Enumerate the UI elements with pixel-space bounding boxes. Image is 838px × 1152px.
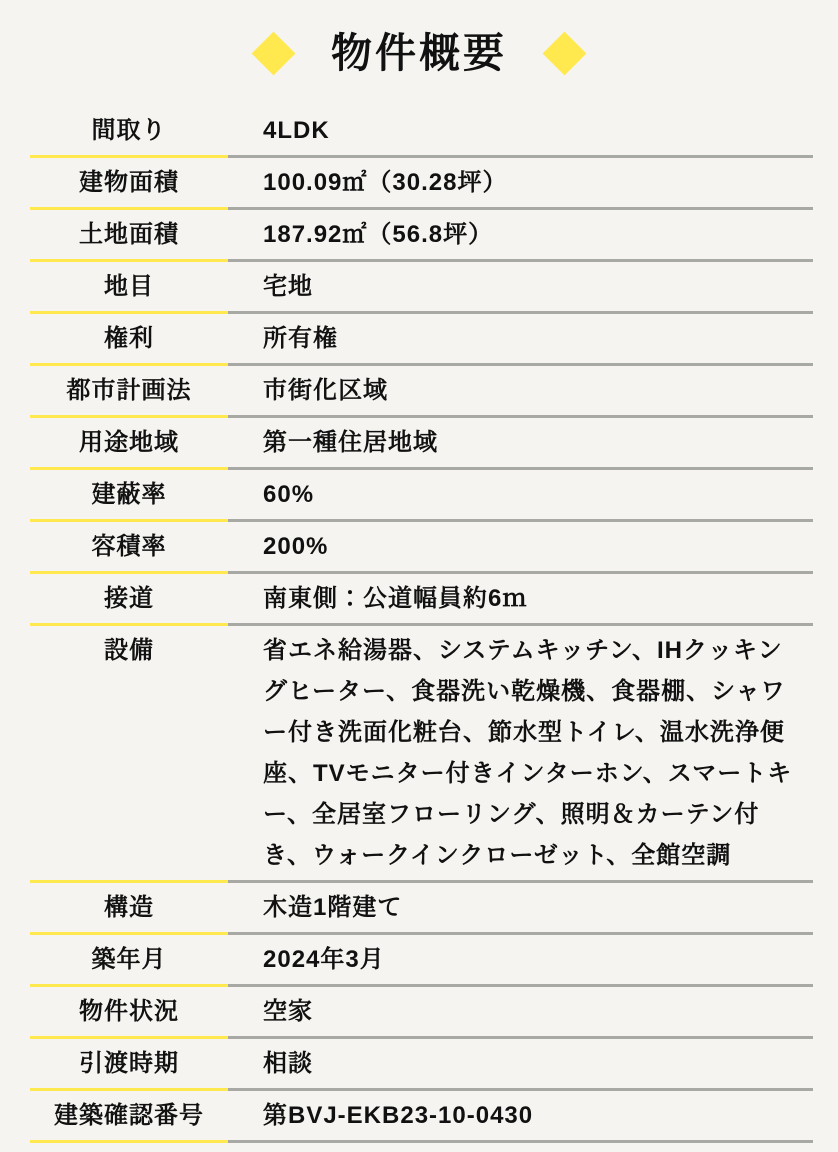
row-label: 建築確認番号	[30, 1091, 228, 1143]
table-row-zoning: 用途地域 第一種住居地域	[30, 418, 813, 470]
row-value: 60%	[228, 470, 813, 522]
table-row-road-access: 接道 南東側：公道幅員約6ｍ	[30, 574, 813, 626]
table-row-equipment: 設備 省エネ給湯器、システムキッチン、IHクッキングヒーター、食器洗い乾燥機、食…	[30, 626, 813, 883]
row-label: 土地面積	[30, 210, 228, 262]
page-header: 物件概要	[0, 0, 838, 78]
row-value: 南東側：公道幅員約6ｍ	[228, 574, 813, 626]
page-title: 物件概要	[331, 33, 507, 74]
row-label: 設備	[30, 626, 228, 883]
table-row-land-area: 土地面積 187.92㎡（56.8坪）	[30, 210, 813, 262]
table-row-floor-area-ratio: 容積率 200%	[30, 522, 813, 574]
row-value: 相談	[228, 1039, 813, 1091]
row-label: 権利	[30, 314, 228, 366]
row-label: 都市計画法	[30, 366, 228, 418]
property-overview-page: 物件概要 間取り 4LDK 建物面積 100.09㎡（30.28坪） 土地面積 …	[0, 0, 838, 1152]
row-value: 省エネ給湯器、システムキッチン、IHクッキングヒーター、食器洗い乾燥機、食器棚、…	[228, 626, 813, 883]
row-label: 引渡時期	[30, 1039, 228, 1091]
table-row-city-planning: 都市計画法 市街化区域	[30, 366, 813, 418]
row-label: 築年月	[30, 935, 228, 987]
row-label: 建蔽率	[30, 470, 228, 522]
row-value: 木造1階建て	[228, 883, 813, 935]
row-label: 用途地域	[30, 418, 228, 470]
table-row-structure: 構造 木造1階建て	[30, 883, 813, 935]
row-label: 容積率	[30, 522, 228, 574]
row-value: 2024年3月	[228, 935, 813, 987]
row-value: 第BVJ-EKB23-10-0430	[228, 1091, 813, 1143]
row-label: 接道	[30, 574, 228, 626]
table-row-property-status: 物件状況 空家	[30, 987, 813, 1039]
row-label: 間取り	[30, 106, 228, 158]
table-row-built-date: 築年月 2024年3月	[30, 935, 813, 987]
property-spec-table: 間取り 4LDK 建物面積 100.09㎡（30.28坪） 土地面積 187.9…	[30, 106, 813, 1143]
row-label: 構造	[30, 883, 228, 935]
table-row-handover-time: 引渡時期 相談	[30, 1039, 813, 1091]
row-label: 物件状況	[30, 987, 228, 1039]
row-value: 宅地	[228, 262, 813, 314]
row-value: 200%	[228, 522, 813, 574]
table-row-building-confirmation-number: 建築確認番号 第BVJ-EKB23-10-0430	[30, 1091, 813, 1143]
row-value: 所有権	[228, 314, 813, 366]
row-value: 4LDK	[228, 106, 813, 158]
diamond-icon	[252, 31, 296, 75]
row-value: 100.09㎡（30.28坪）	[228, 158, 813, 210]
table-row-madori: 間取り 4LDK	[30, 106, 813, 158]
row-label: 地目	[30, 262, 228, 314]
row-value: 第一種住居地域	[228, 418, 813, 470]
table-row-land-category: 地目 宅地	[30, 262, 813, 314]
table-row-coverage-ratio: 建蔽率 60%	[30, 470, 813, 522]
table-row-rights: 権利 所有権	[30, 314, 813, 366]
diamond-icon	[543, 31, 587, 75]
row-value: 空家	[228, 987, 813, 1039]
row-value: 市街化区域	[228, 366, 813, 418]
row-label: 建物面積	[30, 158, 228, 210]
row-value: 187.92㎡（56.8坪）	[228, 210, 813, 262]
table-row-building-area: 建物面積 100.09㎡（30.28坪）	[30, 158, 813, 210]
